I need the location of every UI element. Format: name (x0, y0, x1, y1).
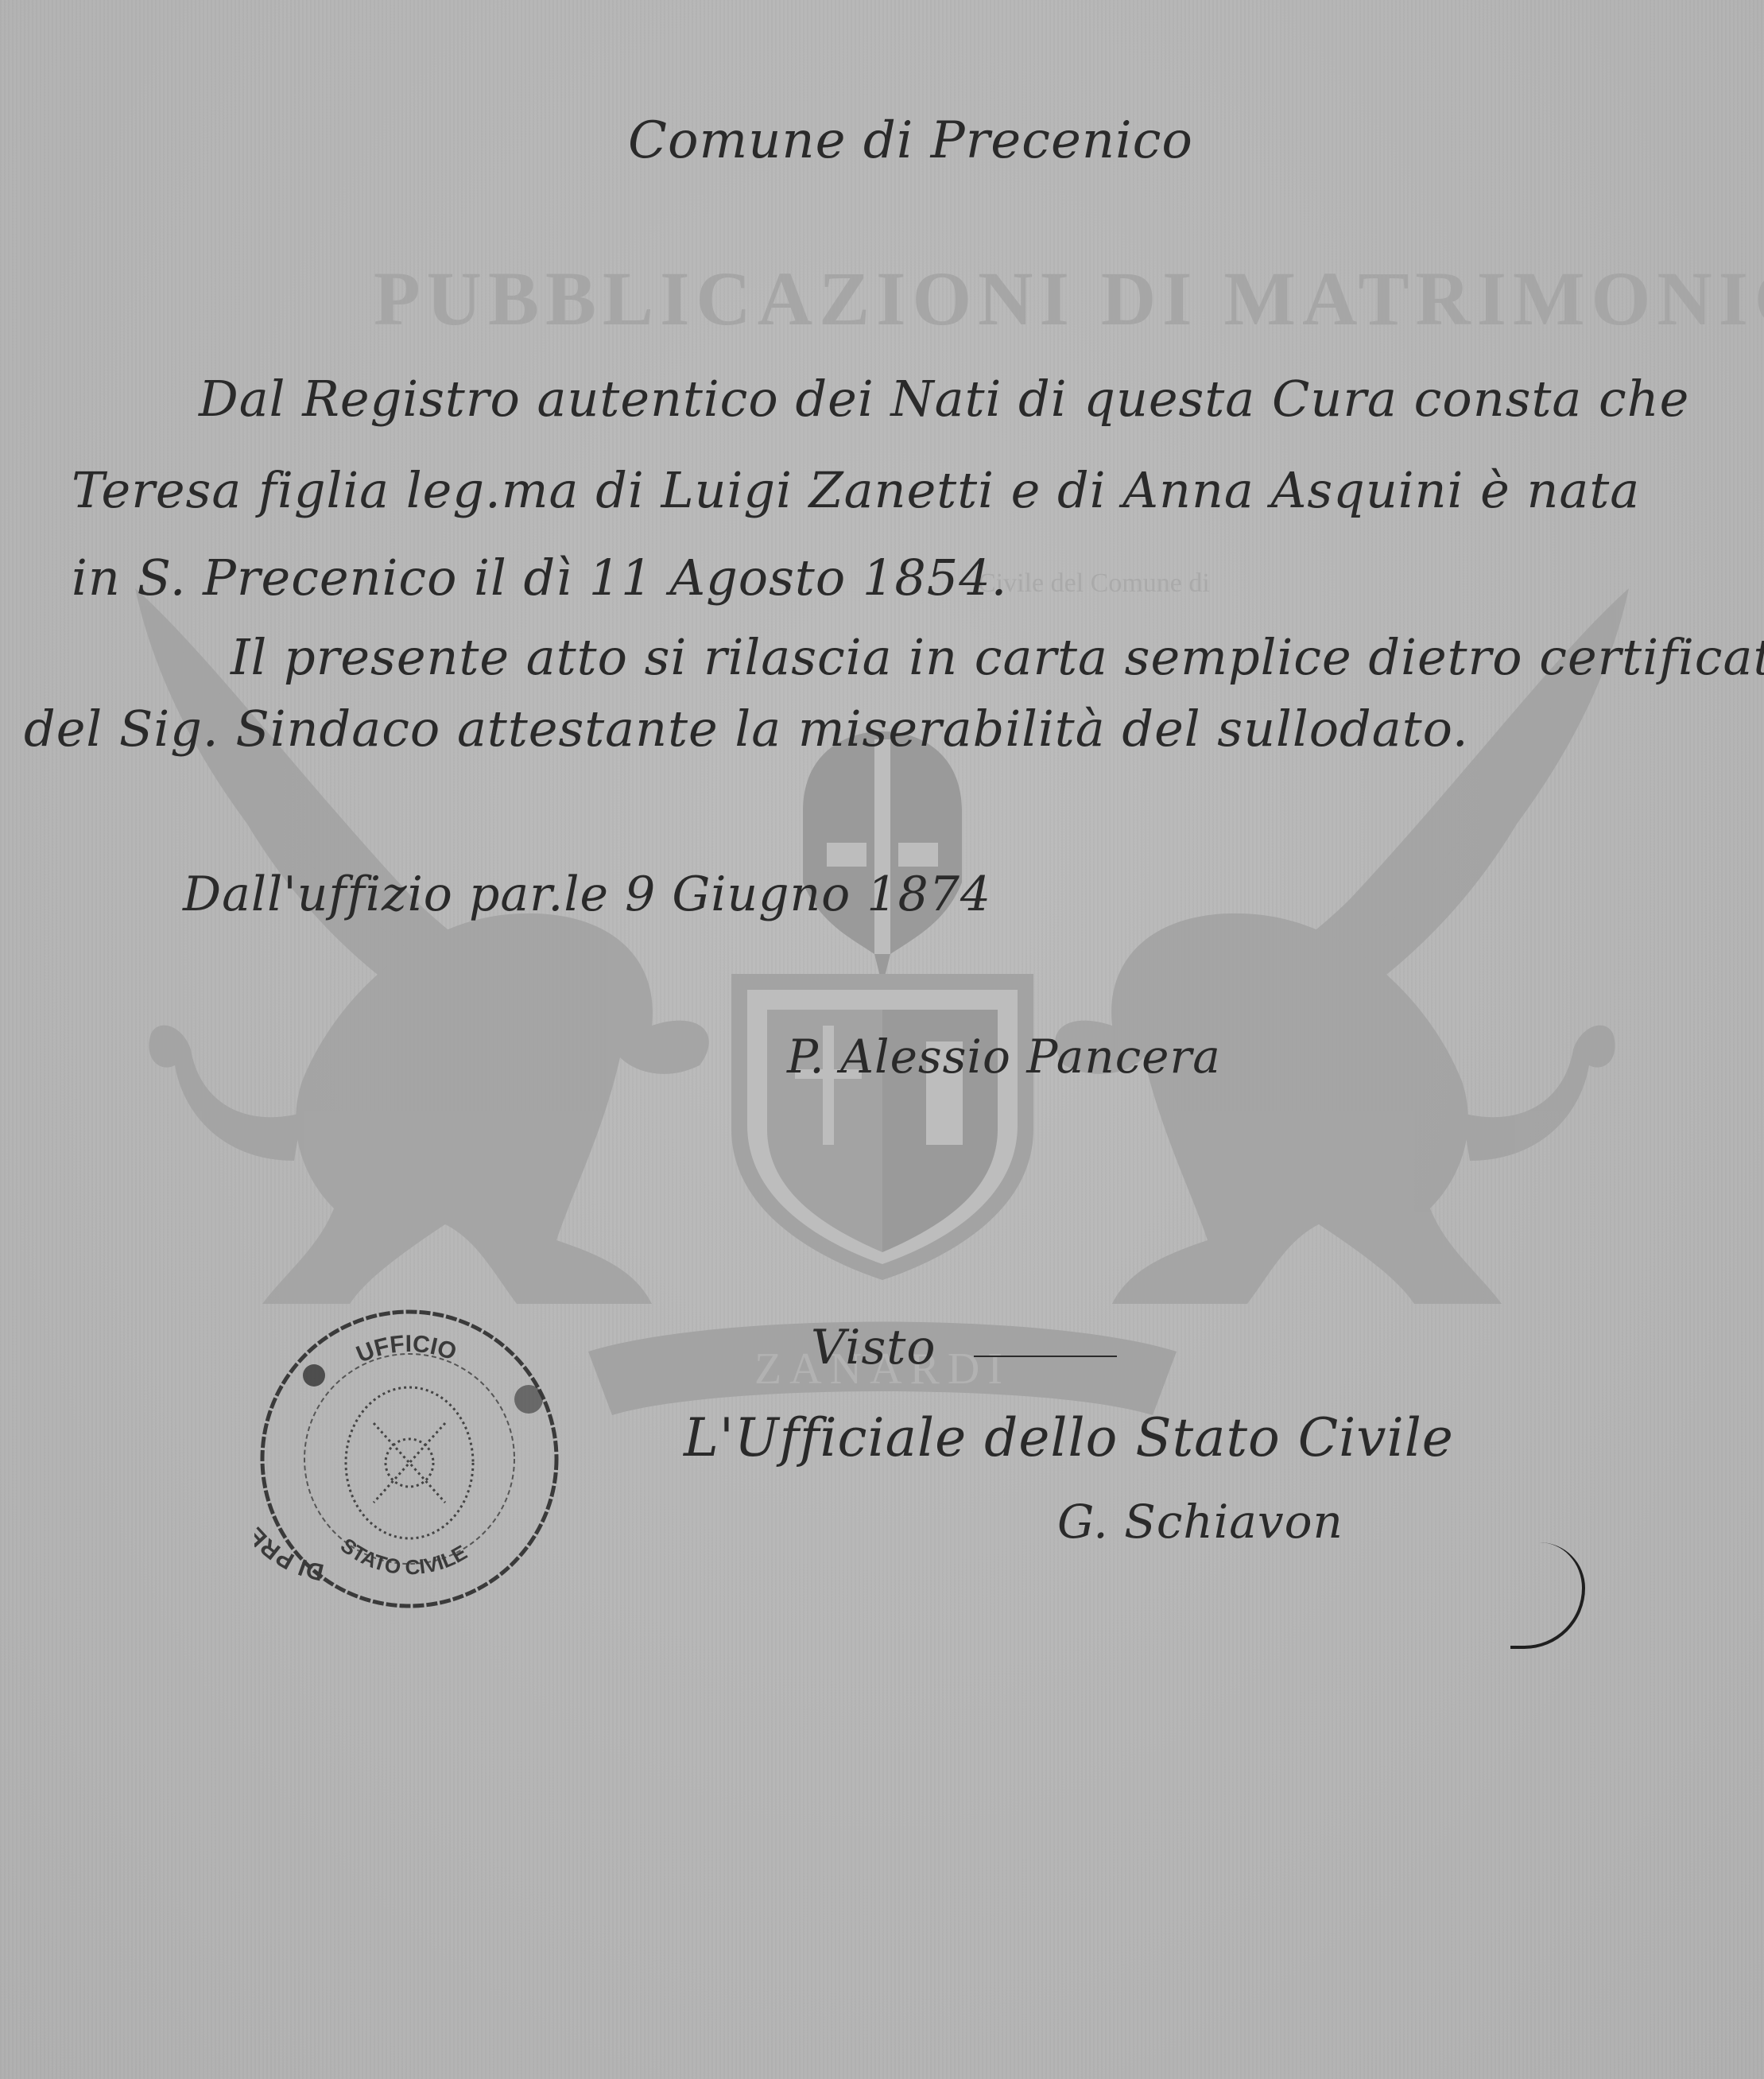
officer-signature: G. Schiavon (1057, 1495, 1343, 1549)
helmet-emblem (803, 731, 962, 986)
priest-signature: P. Alessio Pancera (787, 1030, 1221, 1084)
body-line-4: Il presente atto si rilascia in carta se… (231, 628, 1764, 686)
shield-emblem (731, 974, 1033, 1280)
body-line-1: Dal Registro autentico dei Nati di quest… (199, 370, 1689, 428)
body-line-2: Teresa figlia leg.ma di Luigi Zanetti e … (72, 461, 1640, 519)
date-line: Dall'uffizio par.le 9 Giugno 1874 (183, 867, 991, 922)
stamp-emblem-icon (346, 1387, 473, 1538)
visto-underline (974, 1356, 1117, 1357)
municipality-heading: Comune di Precenico (628, 111, 1193, 170)
visto-label: Visto (811, 1320, 936, 1375)
stamp-bottom-text: STATO CIVILE (336, 1533, 471, 1579)
winged-lion-left (135, 588, 709, 1304)
stamp-top-text: UFFICIO (353, 1331, 460, 1368)
officer-title: L'Ufficiale dello Stato Civile (684, 1407, 1454, 1468)
printed-form-header: PUBBLICAZIONI DI MATRIMONIO (374, 254, 1764, 343)
stamp-left-text: DI PRECENICO (254, 1436, 326, 1585)
body-line-3: in S. Precenico il dì 11 Agosto 1854. (72, 549, 1007, 607)
official-stamp: UFFICIO DI PRECENICO STATO CIVILE (254, 1304, 564, 1614)
printed-form-line: Civile del Comune di (978, 568, 1210, 599)
winged-lion-right (1055, 588, 1629, 1304)
body-line-5: del Sig. Sindaco attestante la miserabil… (24, 700, 1469, 758)
